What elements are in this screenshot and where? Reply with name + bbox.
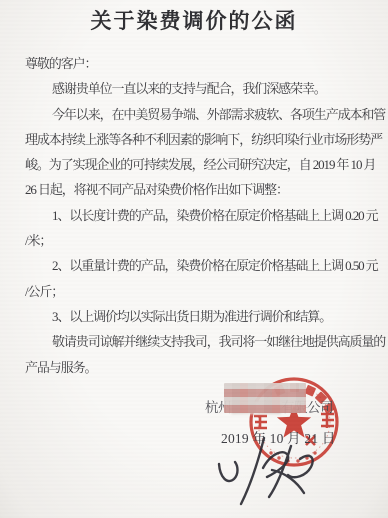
body-line: 理成本持续上涨等各种不利因素的影响下，纺织印染行业市场形势严: [25, 127, 366, 152]
body-line: /公斤；: [25, 279, 366, 304]
document-title: 关于染费调价的公函: [0, 5, 388, 35]
body-line: 1、以长度计费的产品，染费价格在原定价格基础上上调 0.20 元: [25, 203, 366, 228]
body-line: 今年以来，在中美贸易争端、外部需求疲软、各项生产成本和管: [25, 102, 366, 127]
letter-body: 尊敬的客户： 感谢贵单位一直以来的支持与配合，我们深感荣幸。 今年以来，在中美贸…: [25, 51, 366, 380]
body-line: /米；: [25, 228, 366, 253]
body-line: 感谢贵单位一直以来的支持与配合，我们深感荣幸。: [25, 76, 366, 101]
body-line: 敬请贵司谅解并继续支持我司，我司将一如继往地提供高质量的: [25, 329, 366, 354]
body-line: 2、以重量计费的产品，染费价格在原定价格基础上上调 0.50 元: [25, 253, 366, 278]
body-line: 3、以上调价均以实际出货日期为准进行调价和结算。: [25, 304, 366, 329]
letter-page: 关于染费调价的公函 尊敬的客户： 感谢贵单位一直以来的支持与配合，我们深感荣幸。…: [0, 0, 388, 518]
body-line: 峻。为了实现企业的可持续发展，经公司研究决定，自 2019 年 10 月: [25, 152, 366, 177]
salutation: 尊敬的客户：: [25, 51, 366, 76]
signature-handwriting: [203, 430, 338, 512]
body-line: 26 日起，将视不同产品对染费价格作出如下调整：: [25, 177, 366, 202]
censor-mosaic: [224, 383, 306, 413]
